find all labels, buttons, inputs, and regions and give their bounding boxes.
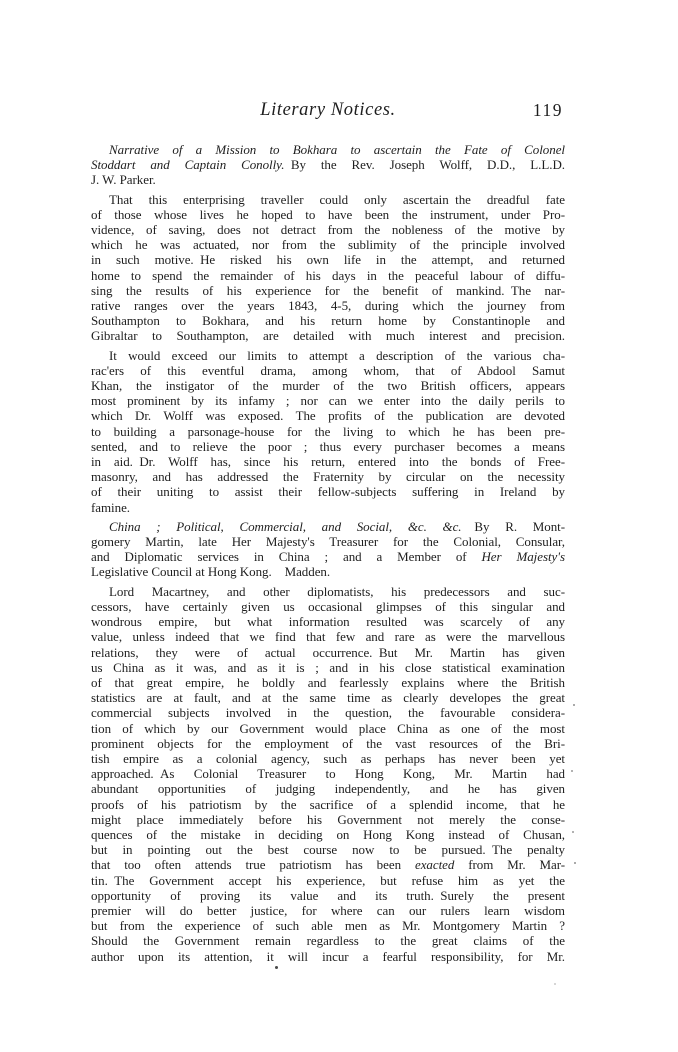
text-segment: Should the Government remain regardless … xyxy=(91,933,565,948)
text-line: J. W. Parker. xyxy=(91,172,565,187)
text-segment: Southampton to Bokhara, and his return h… xyxy=(91,313,565,328)
text-segment: abundant opportunities of judging indepe… xyxy=(91,781,565,796)
text-segment: value, unless indeed that we find that f… xyxy=(91,629,565,644)
text-segment: statistics are at fault, and at the same… xyxy=(91,690,565,705)
text-line: author upon its attention, it will incur… xyxy=(91,949,565,964)
text-line: wondrous empire, but what information re… xyxy=(91,614,565,629)
text-line: gomery Martin, late Her Majesty's Treasu… xyxy=(91,534,565,549)
text-line: in aid. Dr. Wolff has, since his return,… xyxy=(91,454,565,469)
text-segment: in aid. Dr. Wolff has, since his return,… xyxy=(91,454,565,469)
wolff-review-paragraph-2: It would exceed our limits to attempt a … xyxy=(91,348,565,515)
italic-text-segment: Narrative of a Mission to Bokhara to asc… xyxy=(109,142,565,157)
text-line: proofs of his patriotism by the sacrific… xyxy=(91,797,565,812)
text-segment: famine. xyxy=(91,500,130,515)
text-segment: premier will do better justice, for wher… xyxy=(91,903,565,918)
text-segment: which Dr. Wolff was exposed. The profits… xyxy=(91,408,565,423)
text-line: quences of the mistake in deciding on Ho… xyxy=(91,827,565,842)
text-line: statistics are at fault, and at the same… xyxy=(91,690,565,705)
text-line: in such motive. He risked his own life i… xyxy=(91,252,565,267)
text-segment: in such motive. He risked his own life i… xyxy=(91,252,565,267)
ink-speck xyxy=(571,770,573,772)
text-line: of their uniting to assist their fellow-… xyxy=(91,484,565,499)
text-line: cessors, have certainly given us occasio… xyxy=(91,599,565,614)
text-segment: gomery Martin, late Her Majesty's Treasu… xyxy=(91,534,565,549)
text-line: us China as it was, and as it is ; and i… xyxy=(91,660,565,675)
text-segment: author upon its attention, it will incur… xyxy=(91,949,565,964)
text-segment: from Mr. Mar- xyxy=(454,857,565,872)
text-segment: sing the results of his experience for t… xyxy=(91,283,565,298)
text-segment: that too often attends true patriotism h… xyxy=(91,857,415,872)
text-line: Southampton to Bokhara, and his return h… xyxy=(91,313,565,328)
text-line: sing the results of his experience for t… xyxy=(91,283,565,298)
wolff-title: Narrative of a Mission to Bokhara to asc… xyxy=(91,142,565,188)
text-segment: J. W. Parker. xyxy=(91,172,156,187)
text-line: Stoddart and Captain Conolly. By the Rev… xyxy=(91,157,565,172)
text-line: value, unless indeed that we find that f… xyxy=(91,629,565,644)
text-segment: rative ranges over the years 1843, 4-5, … xyxy=(91,298,565,313)
text-line: commercial subjects involved in the ques… xyxy=(91,705,565,720)
text-segment: but from the experience of such able men… xyxy=(91,918,565,933)
running-header: Literary Notices. 119 xyxy=(91,100,565,120)
text-segment: approached. As Colonial Treasurer to Hon… xyxy=(91,766,565,781)
italic-text-segment: China ; Political, Commercial, and Socia… xyxy=(109,519,462,534)
text-segment: might place immediately before his Gover… xyxy=(91,812,565,827)
text-segment: tin. The Government accept his experienc… xyxy=(91,873,565,888)
text-line: tin. The Government accept his experienc… xyxy=(91,873,565,888)
ink-speck xyxy=(572,831,574,833)
text-line: but from the experience of such able men… xyxy=(91,918,565,933)
text-segment: That this enterprising traveller could o… xyxy=(109,192,565,207)
china-title: China ; Political, Commercial, and Socia… xyxy=(91,519,565,580)
wolff-review-paragraph-1: That this enterprising traveller could o… xyxy=(91,192,565,344)
text-segment: proofs of his patriotism by the sacrific… xyxy=(91,797,565,812)
text-segment: and Diplomatic services in China ; and a… xyxy=(91,549,481,564)
running-header-title: Literary Notices. xyxy=(91,100,565,120)
text-line: Khan, the instigator of the murder of th… xyxy=(91,378,565,393)
text-segment: to building a parsonage-house for the li… xyxy=(91,424,565,439)
text-line: which Dr. Wolff was exposed. The profits… xyxy=(91,408,565,423)
text-segment: Lord Macartney, and other diplomatists, … xyxy=(109,584,565,599)
text-segment: tion of which by our Government would pl… xyxy=(91,721,565,736)
text-segment: By R. Mont- xyxy=(462,519,565,534)
text-line: home to spend the remainder of his days … xyxy=(91,268,565,283)
text-line: It would exceed our limits to attempt a … xyxy=(91,348,565,363)
text-segment: us China as it was, and as it is ; and i… xyxy=(91,660,565,675)
text-line: famine. xyxy=(91,500,565,515)
text-segment: masonry, and has addressed the Fraternit… xyxy=(91,469,565,484)
ink-speck xyxy=(275,966,278,969)
text-line: rac'ers of this eventful drama, among wh… xyxy=(91,363,565,378)
text-line: that too often attends true patriotism h… xyxy=(91,857,565,872)
text-segment: which he was actuated, nor from the subl… xyxy=(91,237,565,252)
text-line: rative ranges over the years 1843, 4-5, … xyxy=(91,298,565,313)
text-segment: By the Rev. Joseph Wolff, D.D., L.L.D. xyxy=(284,157,565,172)
text-line: but in pointing out the best course now … xyxy=(91,842,565,857)
text-line: relations, they were of actual occurrenc… xyxy=(91,645,565,660)
text-segment: opportunity of proving its value and its… xyxy=(91,888,565,903)
text-line: tion of which by our Government would pl… xyxy=(91,721,565,736)
text-column: Narrative of a Mission to Bokhara to asc… xyxy=(91,142,565,968)
text-line: which he was actuated, nor from the subl… xyxy=(91,237,565,252)
text-line: might place immediately before his Gover… xyxy=(91,812,565,827)
text-segment: but in pointing out the best course now … xyxy=(91,842,565,857)
text-line: That this enterprising traveller could o… xyxy=(91,192,565,207)
text-segment: prominent objects for the employment of … xyxy=(91,736,565,751)
ink-speck xyxy=(554,983,556,985)
italic-text-segment: exacted xyxy=(415,857,454,872)
ink-speck xyxy=(573,704,575,706)
text-line: Gibraltar to Southampton, are detailed w… xyxy=(91,328,565,343)
text-line: masonry, and has addressed the Fraternit… xyxy=(91,469,565,484)
text-line: prominent objects for the employment of … xyxy=(91,736,565,751)
text-segment: of that great empire, he boldly and fear… xyxy=(91,675,565,690)
text-segment: of those whose lives he hoped to have be… xyxy=(91,207,565,222)
text-segment: home to spend the remainder of his days … xyxy=(91,268,565,283)
text-segment: tish empire as a colonial agency, such a… xyxy=(91,751,565,766)
text-line: premier will do better justice, for wher… xyxy=(91,903,565,918)
text-segment: sented, and to relieve the poor ; thus e… xyxy=(91,439,565,454)
text-segment: vidence, of saving, does not detract fro… xyxy=(91,222,565,237)
text-line: most prominent by its infamy ; nor can w… xyxy=(91,393,565,408)
ink-speck xyxy=(574,862,576,864)
text-line: of those whose lives he hoped to have be… xyxy=(91,207,565,222)
text-segment: Gibraltar to Southampton, are detailed w… xyxy=(91,328,565,343)
text-line: sented, and to relieve the poor ; thus e… xyxy=(91,439,565,454)
text-line: Narrative of a Mission to Bokhara to asc… xyxy=(91,142,565,157)
text-segment: cessors, have certainly given us occasio… xyxy=(91,599,565,614)
text-line: China ; Political, Commercial, and Socia… xyxy=(91,519,565,534)
china-review-paragraph-1: Lord Macartney, and other diplomatists, … xyxy=(91,584,565,964)
scanned-book-page: Literary Notices. 119 Narrative of a Mis… xyxy=(0,0,678,1052)
text-line: of that great empire, he boldly and fear… xyxy=(91,675,565,690)
text-line: tish empire as a colonial agency, such a… xyxy=(91,751,565,766)
page-number: 119 xyxy=(533,100,563,120)
text-line: approached. As Colonial Treasurer to Hon… xyxy=(91,766,565,781)
text-line: opportunity of proving its value and its… xyxy=(91,888,565,903)
italic-text-segment: Her Majesty's xyxy=(481,549,565,564)
text-segment: most prominent by its infamy ; nor can w… xyxy=(91,393,565,408)
text-segment: rac'ers of this eventful drama, among wh… xyxy=(91,363,565,378)
text-segment: It would exceed our limits to attempt a … xyxy=(109,348,565,363)
text-segment: commercial subjects involved in the ques… xyxy=(91,705,565,720)
italic-text-segment: Stoddart and Captain Conolly. xyxy=(91,157,284,172)
text-line: and Diplomatic services in China ; and a… xyxy=(91,549,565,564)
text-segment: Legislative Council at Hong Kong. Madden… xyxy=(91,564,330,579)
text-segment: wondrous empire, but what information re… xyxy=(91,614,565,629)
text-line: to building a parsonage-house for the li… xyxy=(91,424,565,439)
text-line: Should the Government remain regardless … xyxy=(91,933,565,948)
text-segment: Khan, the instigator of the murder of th… xyxy=(91,378,565,393)
text-line: abundant opportunities of judging indepe… xyxy=(91,781,565,796)
text-segment: quences of the mistake in deciding on Ho… xyxy=(91,827,565,842)
text-line: Legislative Council at Hong Kong. Madden… xyxy=(91,564,565,579)
text-segment: relations, they were of actual occurrenc… xyxy=(91,645,565,660)
text-line: Lord Macartney, and other diplomatists, … xyxy=(91,584,565,599)
text-line: vidence, of saving, does not detract fro… xyxy=(91,222,565,237)
text-segment: of their uniting to assist their fellow-… xyxy=(91,484,565,499)
